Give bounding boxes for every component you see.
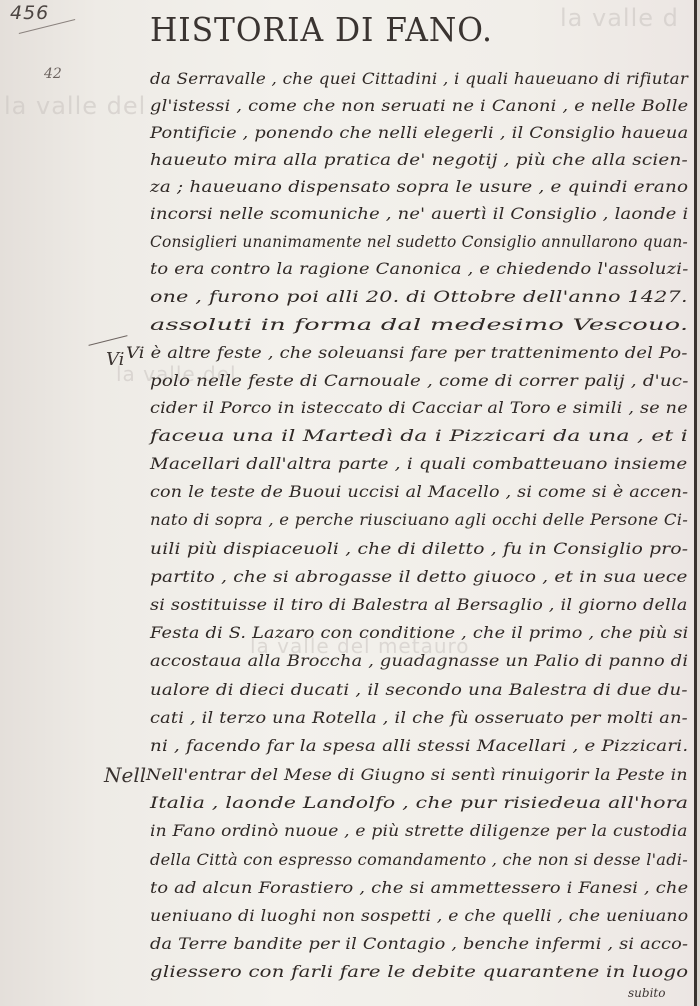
text-line: cider il Porco in isteccato di Cacciar a… bbox=[150, 399, 688, 417]
text-line: cati , il terzo una Rotella , il che fù … bbox=[150, 709, 688, 727]
text-line: incorsi nelle scomuniche , ne' auertì il… bbox=[150, 205, 688, 223]
text-line: to era contro la ragione Canonica , e ch… bbox=[150, 260, 688, 278]
text-line: Pontificie , ponendo che nelli elegerli … bbox=[150, 124, 688, 142]
text-line: Nell'entrar del Mese di Giugno si sentì … bbox=[146, 766, 688, 784]
text-line: partito , che si abrogasse il detto giuo… bbox=[150, 568, 688, 586]
text-line: ueniuano di luoghi non sospetti , e che … bbox=[150, 907, 688, 925]
text-line: da Terre bandite per il Contagio , bench… bbox=[150, 935, 688, 953]
text-line: za ; haueuano dispensato sopra le usure … bbox=[150, 178, 688, 196]
text-line: Macellari dall'altra parte , i quali com… bbox=[150, 455, 687, 473]
manuscript-text: da Serravalle , che quei Cittadini , i q… bbox=[0, 0, 700, 1006]
text-line: nato di sopra , e perche riusciuano agli… bbox=[150, 511, 688, 529]
text-line: da Serravalle , che quei Cittadini , i q… bbox=[150, 70, 688, 88]
text-line: gliessero con farli fare le debite quara… bbox=[150, 963, 688, 981]
text-line: polo nelle feste di Carnouale , come di … bbox=[150, 372, 689, 390]
text-line: Italia , laonde Landolfo , che pur risie… bbox=[150, 794, 688, 812]
text-line: uili più dispiaceuoli , che di diletto ,… bbox=[150, 540, 688, 558]
text-line: ni , facendo far la spesa alli stessi Ma… bbox=[150, 737, 688, 755]
text-line: della Città con espresso comandamento , … bbox=[150, 851, 688, 869]
text-line: con le teste de Buoui uccisi al Macello … bbox=[150, 483, 688, 501]
text-line: si sostituisse il tiro di Balestra al Be… bbox=[150, 596, 688, 614]
text-line: gl'istessi , come che non seruati ne i C… bbox=[150, 97, 688, 115]
text-line: haueuto mira alla pratica de' negotij , … bbox=[150, 151, 688, 169]
text-line: Consiglieri unanimamente nel sudetto Con… bbox=[150, 233, 688, 251]
text-line: one , furono poi alli 20. di Ottobre del… bbox=[150, 288, 688, 306]
text-line: ualore di dieci ducati , il secondo una … bbox=[150, 681, 688, 699]
text-line: Vi è altre feste , che soleuansi fare pe… bbox=[126, 344, 688, 362]
text-line: to ad alcun Forastiero , che si ammettes… bbox=[150, 879, 688, 897]
text-line: faceua una il Martedì da i Pizzicari da … bbox=[150, 427, 688, 445]
text-line: accostaua alla Broccha , guadagnasse un … bbox=[150, 652, 688, 670]
text-line: Festa di S. Lazaro con conditione , che … bbox=[150, 624, 689, 642]
catchword: subito bbox=[628, 986, 665, 1000]
text-line: in Fano ordinò nuoue , e più strette dil… bbox=[150, 822, 688, 840]
text-line: assoluti in forma dal medesimo Vescouo. bbox=[150, 316, 688, 334]
